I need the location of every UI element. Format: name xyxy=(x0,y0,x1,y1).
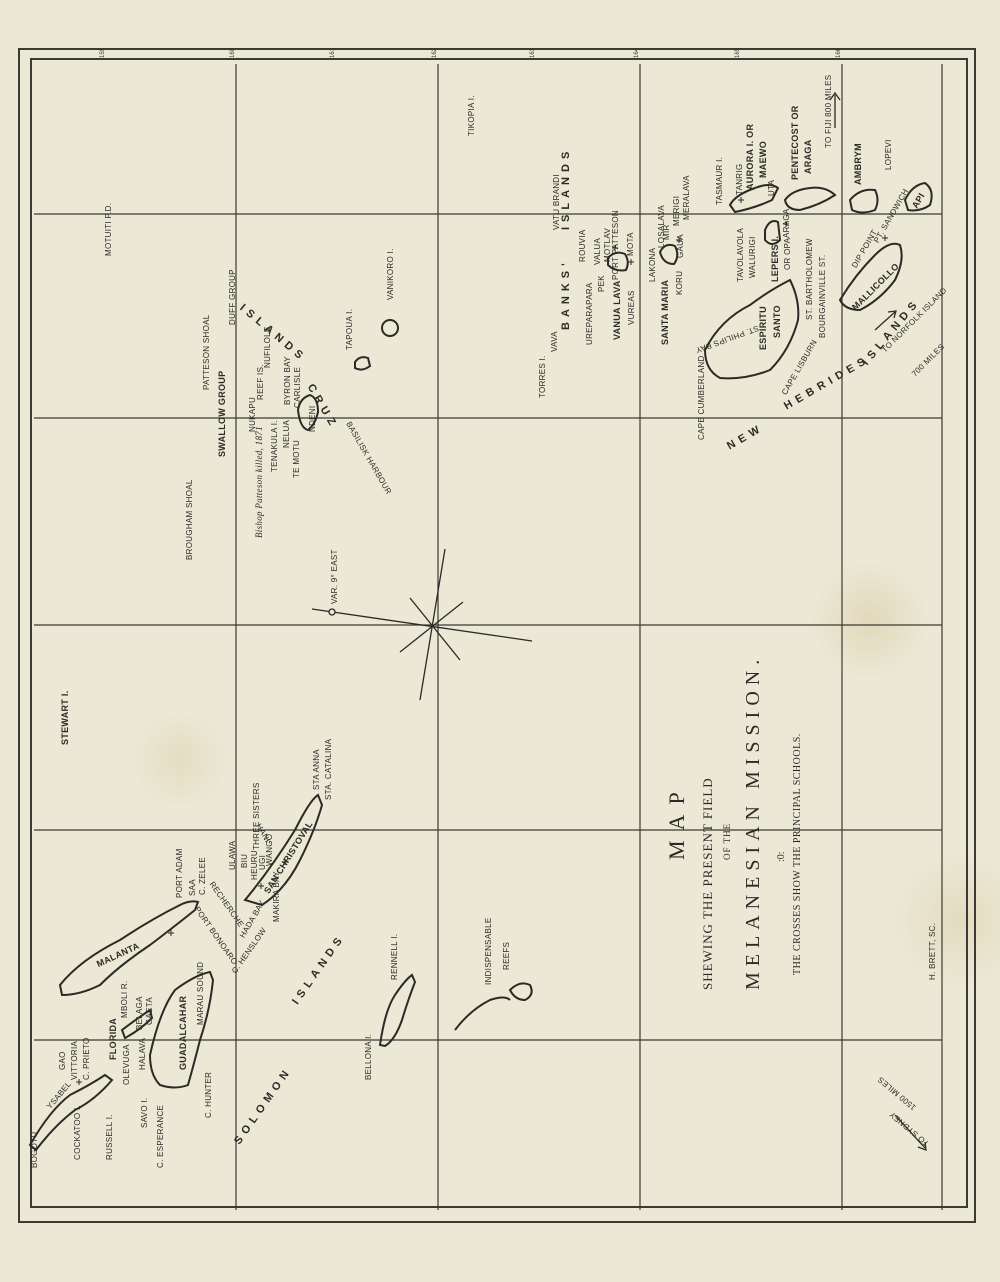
tick-label: 159 xyxy=(100,48,106,58)
label-reef-is: REEF IS. xyxy=(256,364,265,400)
title-map: MAP xyxy=(664,782,690,860)
tick-label: 162 xyxy=(432,48,438,58)
label-makira: MAKIRA BAY xyxy=(272,871,281,922)
label-marau: MARAU SOUND xyxy=(196,962,205,1025)
label-tapoua: TAPOUA I. xyxy=(345,309,354,350)
label-patteson-shoal: PATTESON SHOAL xyxy=(202,315,211,390)
graticule xyxy=(34,64,942,1210)
label-pentecost: PENTECOST OR xyxy=(790,105,800,180)
label-rouvia: ROUVIA xyxy=(578,230,587,262)
title-separator: :0: xyxy=(776,851,787,862)
label-vanua-lava: VANUA LAVA xyxy=(612,280,622,340)
label-bogotu: BOGOTU xyxy=(30,1132,39,1168)
label-ambrym: AMBRYM xyxy=(853,143,863,185)
label-tavolavola: TAVOLAVOLA xyxy=(736,228,745,282)
label-sta-catalina: STA. CATALINA xyxy=(324,739,333,800)
label-santa-maria: SANTA MARIA xyxy=(660,280,670,345)
label-to-fiji: TO FIJI 800 MILES xyxy=(824,75,833,148)
label-tanrig: TANRIG xyxy=(735,164,744,195)
label-koru: KORU xyxy=(675,271,684,295)
label-vittoria: VITTORIA xyxy=(70,1041,79,1080)
label-te-motu: TE MOTU xyxy=(292,440,301,478)
label-lopevi: LOPEVI xyxy=(884,139,893,170)
label-lakona: LAKONA xyxy=(648,248,657,282)
label-cape-cumberland: CAPE CUMBERLAND xyxy=(697,355,706,440)
label-brougham: BROUGHAM SHOAL xyxy=(185,479,194,560)
label-carlisle: CARLISLE xyxy=(293,367,302,408)
label-ureparapara: UREPARAPARA xyxy=(585,282,594,345)
label-port-adam: PORT ADAM xyxy=(175,848,184,898)
label-three-sisters: THREE SISTERS xyxy=(252,783,261,850)
title-mission: MELANESIAN MISSION. xyxy=(742,654,765,990)
label-vava: VAVA xyxy=(550,331,559,352)
label-torres: TORRES I. xyxy=(538,355,547,398)
label-biu: BIU xyxy=(240,854,249,868)
group-banks: BANKS' xyxy=(560,258,572,330)
tick-label: 165 xyxy=(735,48,741,58)
label-rennell: RENNELL I. xyxy=(390,934,399,980)
label-ulawa: ULAWA xyxy=(228,841,237,870)
label-vureas: VUREAS xyxy=(627,290,636,325)
label-gao: GAO xyxy=(58,1051,67,1070)
compass-variation: VAR. 9° EAST xyxy=(330,549,339,604)
label-gaua: GAUA xyxy=(676,234,685,258)
tick-label: 163 xyxy=(530,48,536,58)
label-reefs: REEFS xyxy=(502,942,511,970)
label-hunter: C. HUNTER xyxy=(204,1072,213,1118)
label-indispensable: INDISPENSABLE xyxy=(484,918,493,985)
label-florida: FLORIDA xyxy=(108,1018,118,1060)
tick-label: 166 xyxy=(836,48,842,58)
tick-label: 164 xyxy=(634,48,640,58)
label-espiritu: ESPIRITU xyxy=(758,306,768,350)
label-belaga: BELAGA xyxy=(135,996,144,1030)
map-graphics xyxy=(0,0,1000,1282)
label-valua: VALUA xyxy=(593,238,602,265)
label-halava: HALAVA xyxy=(138,1038,147,1070)
label-uta: UTA xyxy=(767,180,776,196)
title-of-the: OF THE xyxy=(722,823,732,860)
label-nufiloli: NUFILOLE xyxy=(263,326,272,368)
label-port-patteson: PORT PATTESON xyxy=(611,210,620,280)
legend-crosses: THE CROSSES SHOW THE PRINCIPAL SCHOOLS. xyxy=(792,733,803,975)
label-tasmaur: TASMAUR I. xyxy=(715,157,724,205)
label-or-opa: OR OPA xyxy=(783,238,792,270)
label-walurigi: WALURIGI xyxy=(748,236,757,278)
label-cockatoo: COCKATOO I. xyxy=(73,1105,82,1160)
label-maewo: MAEWO xyxy=(758,141,768,178)
island-outlines xyxy=(30,183,932,1150)
label-mota: MOTA xyxy=(626,232,635,256)
label-bishop-patteson: Bishop Patteson killed, 1871 xyxy=(254,426,264,538)
label-lepers: LEPERS I. xyxy=(770,236,780,282)
label-stewart: STEWART I. xyxy=(60,691,70,746)
label-esperance: C. ESPERANCE xyxy=(156,1105,165,1168)
tick-label: 160 xyxy=(230,48,236,58)
label-swallow: SWALLOW GROUP xyxy=(217,371,227,457)
label-russell: RUSSELL I. xyxy=(105,1114,114,1160)
label-ndeni: NDENI xyxy=(308,406,317,432)
label-santo: SANTO xyxy=(772,305,782,338)
engraver-credit: H. BRETT, SC. xyxy=(928,923,937,980)
label-zelee: C. ZELEE xyxy=(198,857,207,895)
title-shewing: SHEWING THE PRESENT FIELD xyxy=(700,777,716,990)
label-st-bartholomew: ST. BARTHOLOMEW xyxy=(805,238,814,320)
label-byron-bay: BYRON BAY xyxy=(283,356,292,405)
label-nelua: NELUA xyxy=(282,420,291,448)
label-araga2: ARAGA xyxy=(782,208,791,238)
label-araga: ARAGA xyxy=(803,140,813,175)
label-sta-anna: STA ANNA xyxy=(312,749,321,790)
label-mir: MIR xyxy=(662,224,671,240)
label-prieto: C. PRIETO xyxy=(82,1037,91,1080)
label-vanikoro: VANIKORO I. xyxy=(386,248,395,300)
label-meralava: MERALAVA xyxy=(682,175,691,220)
label-tenakula: TENAKULA I. xyxy=(270,420,279,472)
tick-label: 161 xyxy=(330,48,336,58)
group-banks-islands: ISLANDS xyxy=(560,147,572,230)
label-merigi: MERIGI xyxy=(672,196,681,226)
label-bellona: BELLONA I. xyxy=(364,1034,373,1080)
label-vatu: VATU BRANDI xyxy=(552,174,561,230)
label-savo: SAVO I. xyxy=(140,1098,149,1128)
label-saa: SAA xyxy=(188,879,197,896)
label-aurora: AURORA I. OR xyxy=(745,124,755,190)
label-gaeta: GAETA xyxy=(145,997,154,1025)
label-guadalcanar: GUADALCAHAR xyxy=(178,996,188,1070)
label-bourgainville: BOURGAINVILLE ST. xyxy=(818,255,827,338)
label-mboli: MBOLI R. xyxy=(120,980,129,1018)
label-pek: PEK xyxy=(597,275,606,292)
label-olevuga: OLEVUGA xyxy=(122,1044,131,1085)
label-motuiti: MOTUITI P.D. xyxy=(104,203,113,256)
label-duff: DUFF GROUP xyxy=(228,269,237,325)
label-tikopia: TIKOPIA I. xyxy=(467,95,476,136)
